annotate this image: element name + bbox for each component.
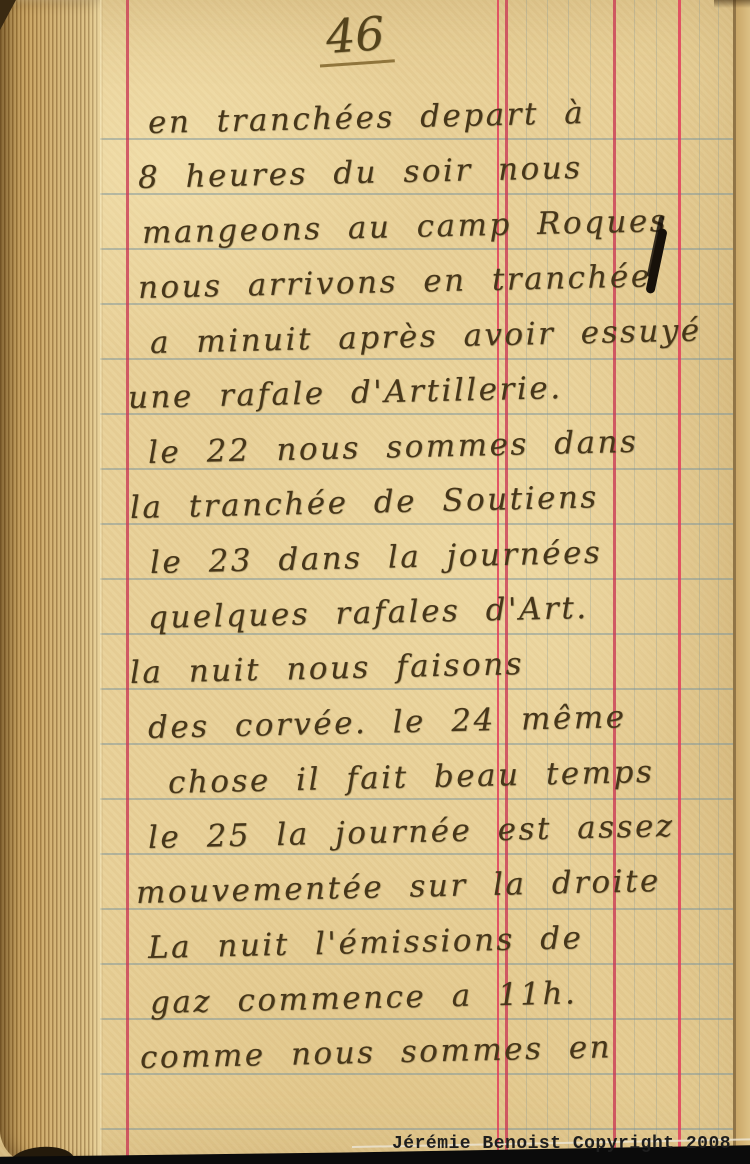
red-line-mid [613,0,616,1164]
column-rule [656,0,657,1164]
column-rule [718,0,719,1164]
column-rule [699,0,700,1164]
copyright-watermark: Jérémie Benoist Copyright 2008 [392,1134,731,1154]
column-rule [590,0,591,1164]
binding-edge [0,0,100,1164]
page-crease [100,0,103,1164]
right-page-edge [733,0,750,1164]
red-margin-line-left [126,0,129,1164]
page-number: 46 [316,5,394,67]
red-line-right [678,0,681,1164]
corner-shadow-top-right [714,0,750,8]
notebook-page-scan: 46 en tranchées depart à 8 heures du soi… [0,0,750,1164]
column-rule [634,0,635,1164]
